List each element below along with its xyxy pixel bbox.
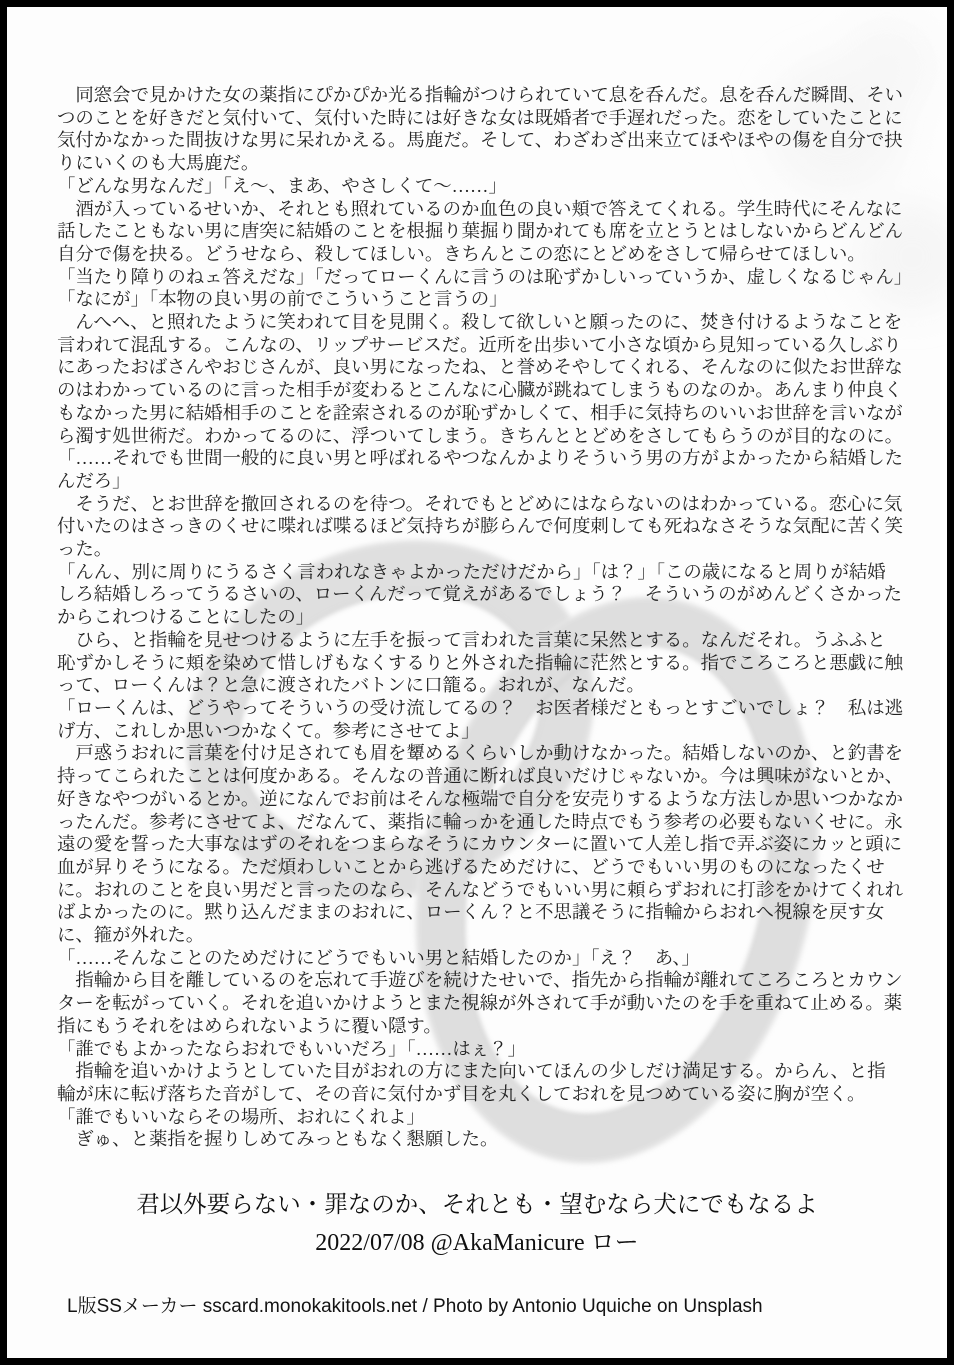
- credit-line: L版SSメーカー sscard.monokakitools.net / Phot…: [67, 1291, 763, 1318]
- story-paragraph: ひら、と指輪を見せつけるように左手を振って言われた言葉に呆然とする。なんだそれ。…: [57, 629, 904, 697]
- ss-card-page: 同窓会で見かけた女の薬指にぴかぴか光る指輪がつけられていて息を呑んだ。息を呑んだ…: [7, 7, 947, 1358]
- story-paragraph: 「どんな男なんだ」「え〜、まあ、やさしくて〜……」: [57, 175, 904, 198]
- story-date-author: 2022/07/08 @AkaManicure ロー: [7, 1224, 947, 1262]
- story-paragraph: 指輪を追いかけようとしていた目がおれの方にまた向いてほんの少しだけ満足する。から…: [57, 1060, 904, 1105]
- story-paragraph: んへへ、と照れたように笑われて目を見開く。殺して欲しいと願ったのに、焚き付けるよ…: [57, 311, 904, 447]
- title-block: 君以外要らない・罪なのか、それとも・望むなら犬にでもなるよ 2022/07/08…: [7, 1187, 947, 1262]
- story-paragraph: そうだ、とお世辞を撤回されるのを待つ。それでもとどめにはならないのはわかっている…: [57, 493, 904, 561]
- story-title: 君以外要らない・罪なのか、それとも・望むなら犬にでもなるよ: [7, 1187, 947, 1224]
- story-paragraph: 「ローくんは、どうやってそういうの受け流してるの？ お医者様だともっとすごいでし…: [57, 697, 904, 742]
- story-paragraph: 戸惑うおれに言葉を付け足されても眉を顰めるくらいしか動けなかった。結婚しないのか…: [57, 742, 904, 946]
- story-paragraph: 「……そんなことのためだけにどうでもいい男と結婚したのか」「え？ あ、」: [57, 947, 904, 970]
- story-paragraph: 「誰でもよかったならおれでもいいだろ」「……はぇ？」: [57, 1038, 904, 1061]
- story-text: 同窓会で見かけた女の薬指にぴかぴか光る指輪がつけられていて息を呑んだ。息を呑んだ…: [57, 84, 904, 1151]
- story-paragraph: 同窓会で見かけた女の薬指にぴかぴか光る指輪がつけられていて息を呑んだ。息を呑んだ…: [57, 84, 904, 175]
- page-frame: 同窓会で見かけた女の薬指にぴかぴか光る指輪がつけられていて息を呑んだ。息を呑んだ…: [0, 0, 954, 1365]
- story-paragraph: 「当たり障りのねェ答えだな」「だってローくんに言うのは恥ずかしいっていうか、虚し…: [57, 266, 904, 289]
- story-paragraph: 「なにが」「本物の良い男の前でこういうこと言うの」: [57, 288, 904, 311]
- story-paragraph: 「……それでも世間一般的に良い男と呼ばれるやつなんかよりそういう男の方がよかった…: [57, 447, 904, 492]
- story-paragraph: ぎゅ、と薬指を握りしめてみっともなく懇願した。: [57, 1128, 904, 1151]
- story-paragraph: 酒が入っているせいか、それとも照れているのか血色の良い頬で答えてくれる。学生時代…: [57, 198, 904, 266]
- story-paragraph: 「誰でもいいならその場所、おれにくれよ」: [57, 1106, 904, 1129]
- story-paragraph: 指輪から目を離しているのを忘れて手遊びを続けたせいで、指先から指輪が離れてころこ…: [57, 969, 904, 1037]
- story-paragraph: 「んん、別に周りにうるさく言われなきゃよかっただけだから」「は？」「この歳になる…: [57, 561, 904, 629]
